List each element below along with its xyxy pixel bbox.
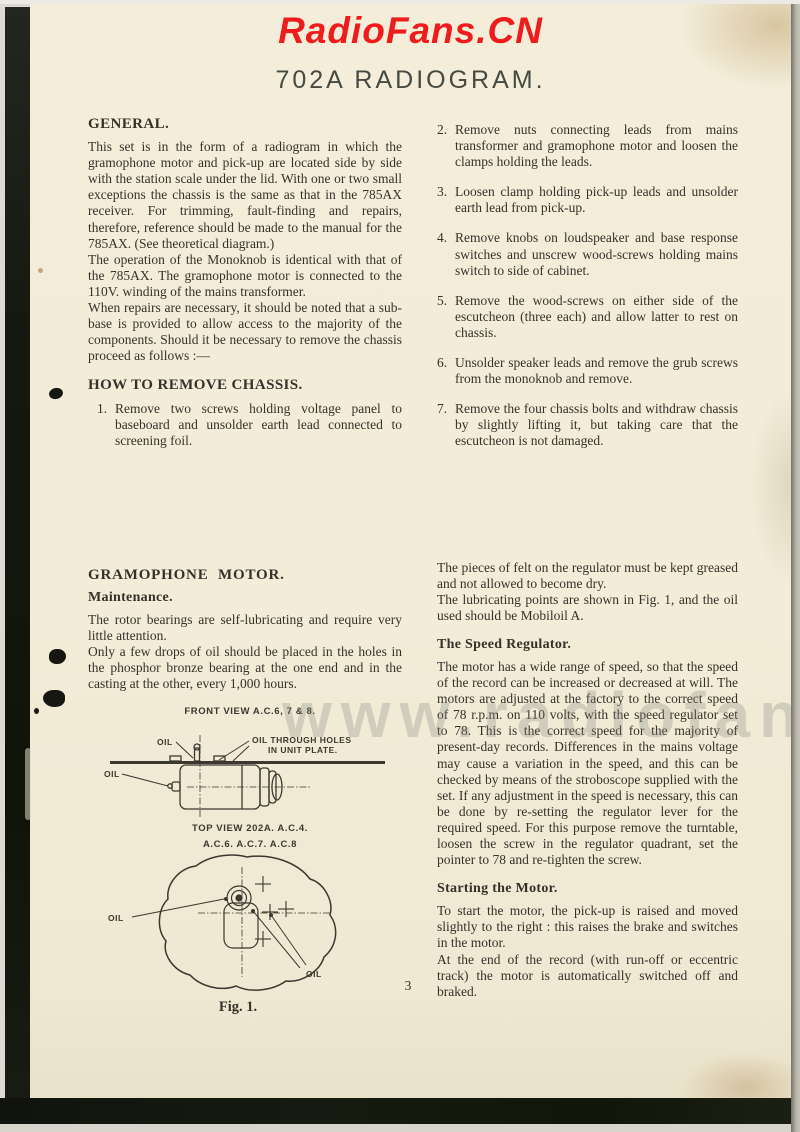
list-item: 5. Remove the wood-screws on either side… <box>437 293 738 341</box>
list-number: 2. <box>437 122 455 170</box>
list-item: 6. Unsolder speaker leads and remove the… <box>437 355 738 387</box>
left-column: GENERAL. This set is in the form of a ra… <box>88 116 402 1015</box>
front-view-diagram: OIL OIL OIL THROUGH HOLES IN UNIT PLATE. <box>102 721 392 817</box>
list-number: 5. <box>437 293 455 341</box>
oil-through-holes-label: OIL THROUGH HOLES <box>252 735 352 745</box>
front-view-label: FRONT VIEW A.C.6, 7 & 8. <box>102 704 398 720</box>
remove-chassis-heading: HOW TO REMOVE CHASSIS. <box>88 377 402 393</box>
speed-regulator-paragraph: The motor has a wide range of speed, so … <box>437 659 738 868</box>
maintenance-paragraph: The rotor bearings are self-lubricating … <box>88 612 402 644</box>
right-column: 2. Remove nuts connecting leads from mai… <box>437 122 738 1000</box>
general-paragraph: When repairs are necessary, it should be… <box>88 300 402 364</box>
oil-label: OIL <box>104 769 120 779</box>
ink-speck <box>34 708 39 714</box>
starting-motor-paragraph: To start the motor, the pick-up is raise… <box>437 903 738 951</box>
list-text: Remove two screws holding voltage panel … <box>115 401 402 449</box>
maintenance-paragraph: Only a few drops of oil should be placed… <box>88 644 402 692</box>
list-item: 7. Remove the four chassis bolts and wit… <box>437 401 738 449</box>
scanned-page: RadioFans.CN 702A RADIOGRAM. GENERAL. Th… <box>0 0 800 1132</box>
ink-speck <box>43 690 65 707</box>
list-item: 4. Remove knobs on loudspeaker and base … <box>437 230 738 278</box>
scan-edge-right-strip <box>791 0 800 1132</box>
speed-regulator-heading: The Speed Regulator. <box>437 637 738 653</box>
starting-motor-heading: Starting the Motor. <box>437 881 738 897</box>
felt-paragraph: The lubricating points are shown in Fig.… <box>437 592 738 624</box>
felt-paragraph: The pieces of felt on the regulator must… <box>437 560 738 592</box>
scan-edge-bottom-strip <box>0 1124 800 1132</box>
scan-border-bottom <box>0 1098 800 1124</box>
list-item: 3. Loosen clamp holding pick-up leads an… <box>437 184 738 216</box>
general-paragraph: The operation of the Monoknob is identic… <box>88 252 402 300</box>
list-number: 6. <box>437 355 455 387</box>
list-item: 1. Remove two screws holding voltage pan… <box>88 401 402 449</box>
list-item: 2. Remove nuts connecting leads from mai… <box>437 122 738 170</box>
top-view-diagram: OIL OIL <box>102 853 392 991</box>
page-title: 702A RADIOGRAM. <box>30 66 791 95</box>
starting-motor-paragraph: At the end of the record (with run-off o… <box>437 952 738 1000</box>
stain-speck <box>38 268 43 273</box>
oil-label: OIL <box>157 737 173 747</box>
paper-sheet: RadioFans.CN 702A RADIOGRAM. GENERAL. Th… <box>30 4 791 1098</box>
general-heading: GENERAL. <box>88 116 402 132</box>
figure-caption: Fig. 1. <box>90 999 386 1015</box>
maintenance-heading: Maintenance. <box>88 590 402 606</box>
scan-edge-top-strip <box>0 0 800 4</box>
oil-label: OIL <box>108 913 124 923</box>
figure-1: FRONT VIEW A.C.6, 7 & 8. <box>102 704 398 1015</box>
gramophone-motor-heading: GRAMOPHONE MOTOR. <box>88 567 402 583</box>
list-number: 1. <box>97 401 115 449</box>
list-text: Loosen clamp holding pick-up leads and u… <box>455 184 738 216</box>
in-unit-plate-label: IN UNIT PLATE. <box>268 745 338 755</box>
list-text: Remove nuts connecting leads from mains … <box>455 122 738 170</box>
list-text: Remove the four chassis bolts and withdr… <box>455 401 738 449</box>
oil-label: OIL <box>306 969 322 979</box>
top-view-label-2: A.C.6. A.C.7. A.C.8 <box>102 837 398 853</box>
scan-scratch <box>25 748 31 820</box>
list-text: Unsolder speaker leads and remove the gr… <box>455 355 738 387</box>
list-number: 3. <box>437 184 455 216</box>
top-view-label: TOP VIEW 202A. A.C.4. <box>102 821 398 837</box>
page-number: 3 <box>398 978 418 994</box>
general-paragraph: This set is in the form of a radiogram i… <box>88 139 402 252</box>
list-text: Remove knobs on loudspeaker and base res… <box>455 230 738 278</box>
list-text: Remove the wood-screws on either side of… <box>455 293 738 341</box>
list-number: 4. <box>437 230 455 278</box>
scan-border-left <box>5 7 30 1125</box>
brand-watermark-header: RadioFans.CN <box>30 10 791 52</box>
list-number: 7. <box>437 401 455 449</box>
